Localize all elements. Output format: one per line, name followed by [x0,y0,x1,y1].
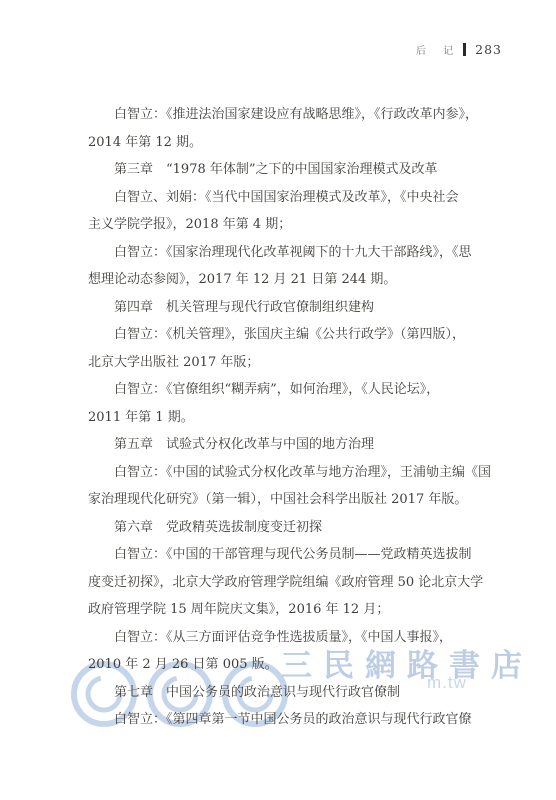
text-line: 主义学院学报》，2018 年第 4 期； [88,211,500,239]
text-line: 白智立、刘娟：《当代中国国家治理模式及改革》，《中央社会 [88,184,500,212]
text-line: 2011 年第 1 期。 [88,404,500,432]
running-title: 后 记 [416,42,460,57]
text-line: 2014 年第 12 期。 [88,129,500,157]
text-line: 白智立：《中国的试验式分权化改革与地方治理》，王浦劬主编《国 [88,459,500,487]
text-line: 第四章 机关管理与现代行政官僚制组织建构 [88,294,500,322]
text-line: 第六章 党政精英选拔制度变迁初探 [88,514,500,542]
header-divider-bar [463,43,466,56]
text-line: 白智立：《从三方面评估竞争性选拔质量》，《中国人事报》， [88,624,500,652]
text-line: 2010 年 2 月 26 日第 005 版。 [88,651,500,679]
text-line: 白智立：《推进法治国家建设应有战略思维》，《行政改革内参》， [88,101,500,129]
body-text: 白智立：《推进法治国家建设应有战略思维》，《行政改革内参》，2014 年第 12… [88,101,500,734]
text-line: 第三章 “1978 年体制”之下的中国国家治理模式及改革 [88,156,500,184]
text-line: 北京大学出版社 2017 年版； [88,349,500,377]
text-line: 政府管理学院 15 周年院庆文集》，2016 年 12 月； [88,596,500,624]
page-number: 283 [475,42,502,57]
text-line: 白智立：《国家治理现代化改革视阈下的十九大干部路线》，《思 [88,239,500,267]
text-line: 度变迁初探》，北京大学政府管理学院组编《政府管理 50 论北京大学 [88,569,500,597]
text-line: 白智立：《中国的干部管理与现代公务员制——党政精英选拔制 [88,541,500,569]
text-line: 第五章 试验式分权化改革与中国的地方治理 [88,431,500,459]
page-header: 后 记 283 [416,40,502,58]
text-line: 白智立：《第四章第一节中国公务员的政治意识与现代行政官僚 [88,706,500,734]
text-line: 家治理现代化研究》（第一辑），中国社会科学出版社 2017 年版。 [88,486,500,514]
document-page: 后 记 283 三民網路書店 m.tw 白智立：《推进法治国家建设应有战略思维》… [0,0,556,800]
text-line: 想理论动态参阅》，2017 年 12 月 21 日第 244 期。 [88,266,500,294]
text-line: 白智立：《机关管理》，张国庆主编《公共行政学》（第四版）， [88,321,500,349]
text-line: 第七章 中国公务员的政治意识与现代行政官僚制 [88,679,500,707]
text-line: 白智立：《官僚组织“糊弄病”，如何治理》，《人民论坛》， [88,376,500,404]
